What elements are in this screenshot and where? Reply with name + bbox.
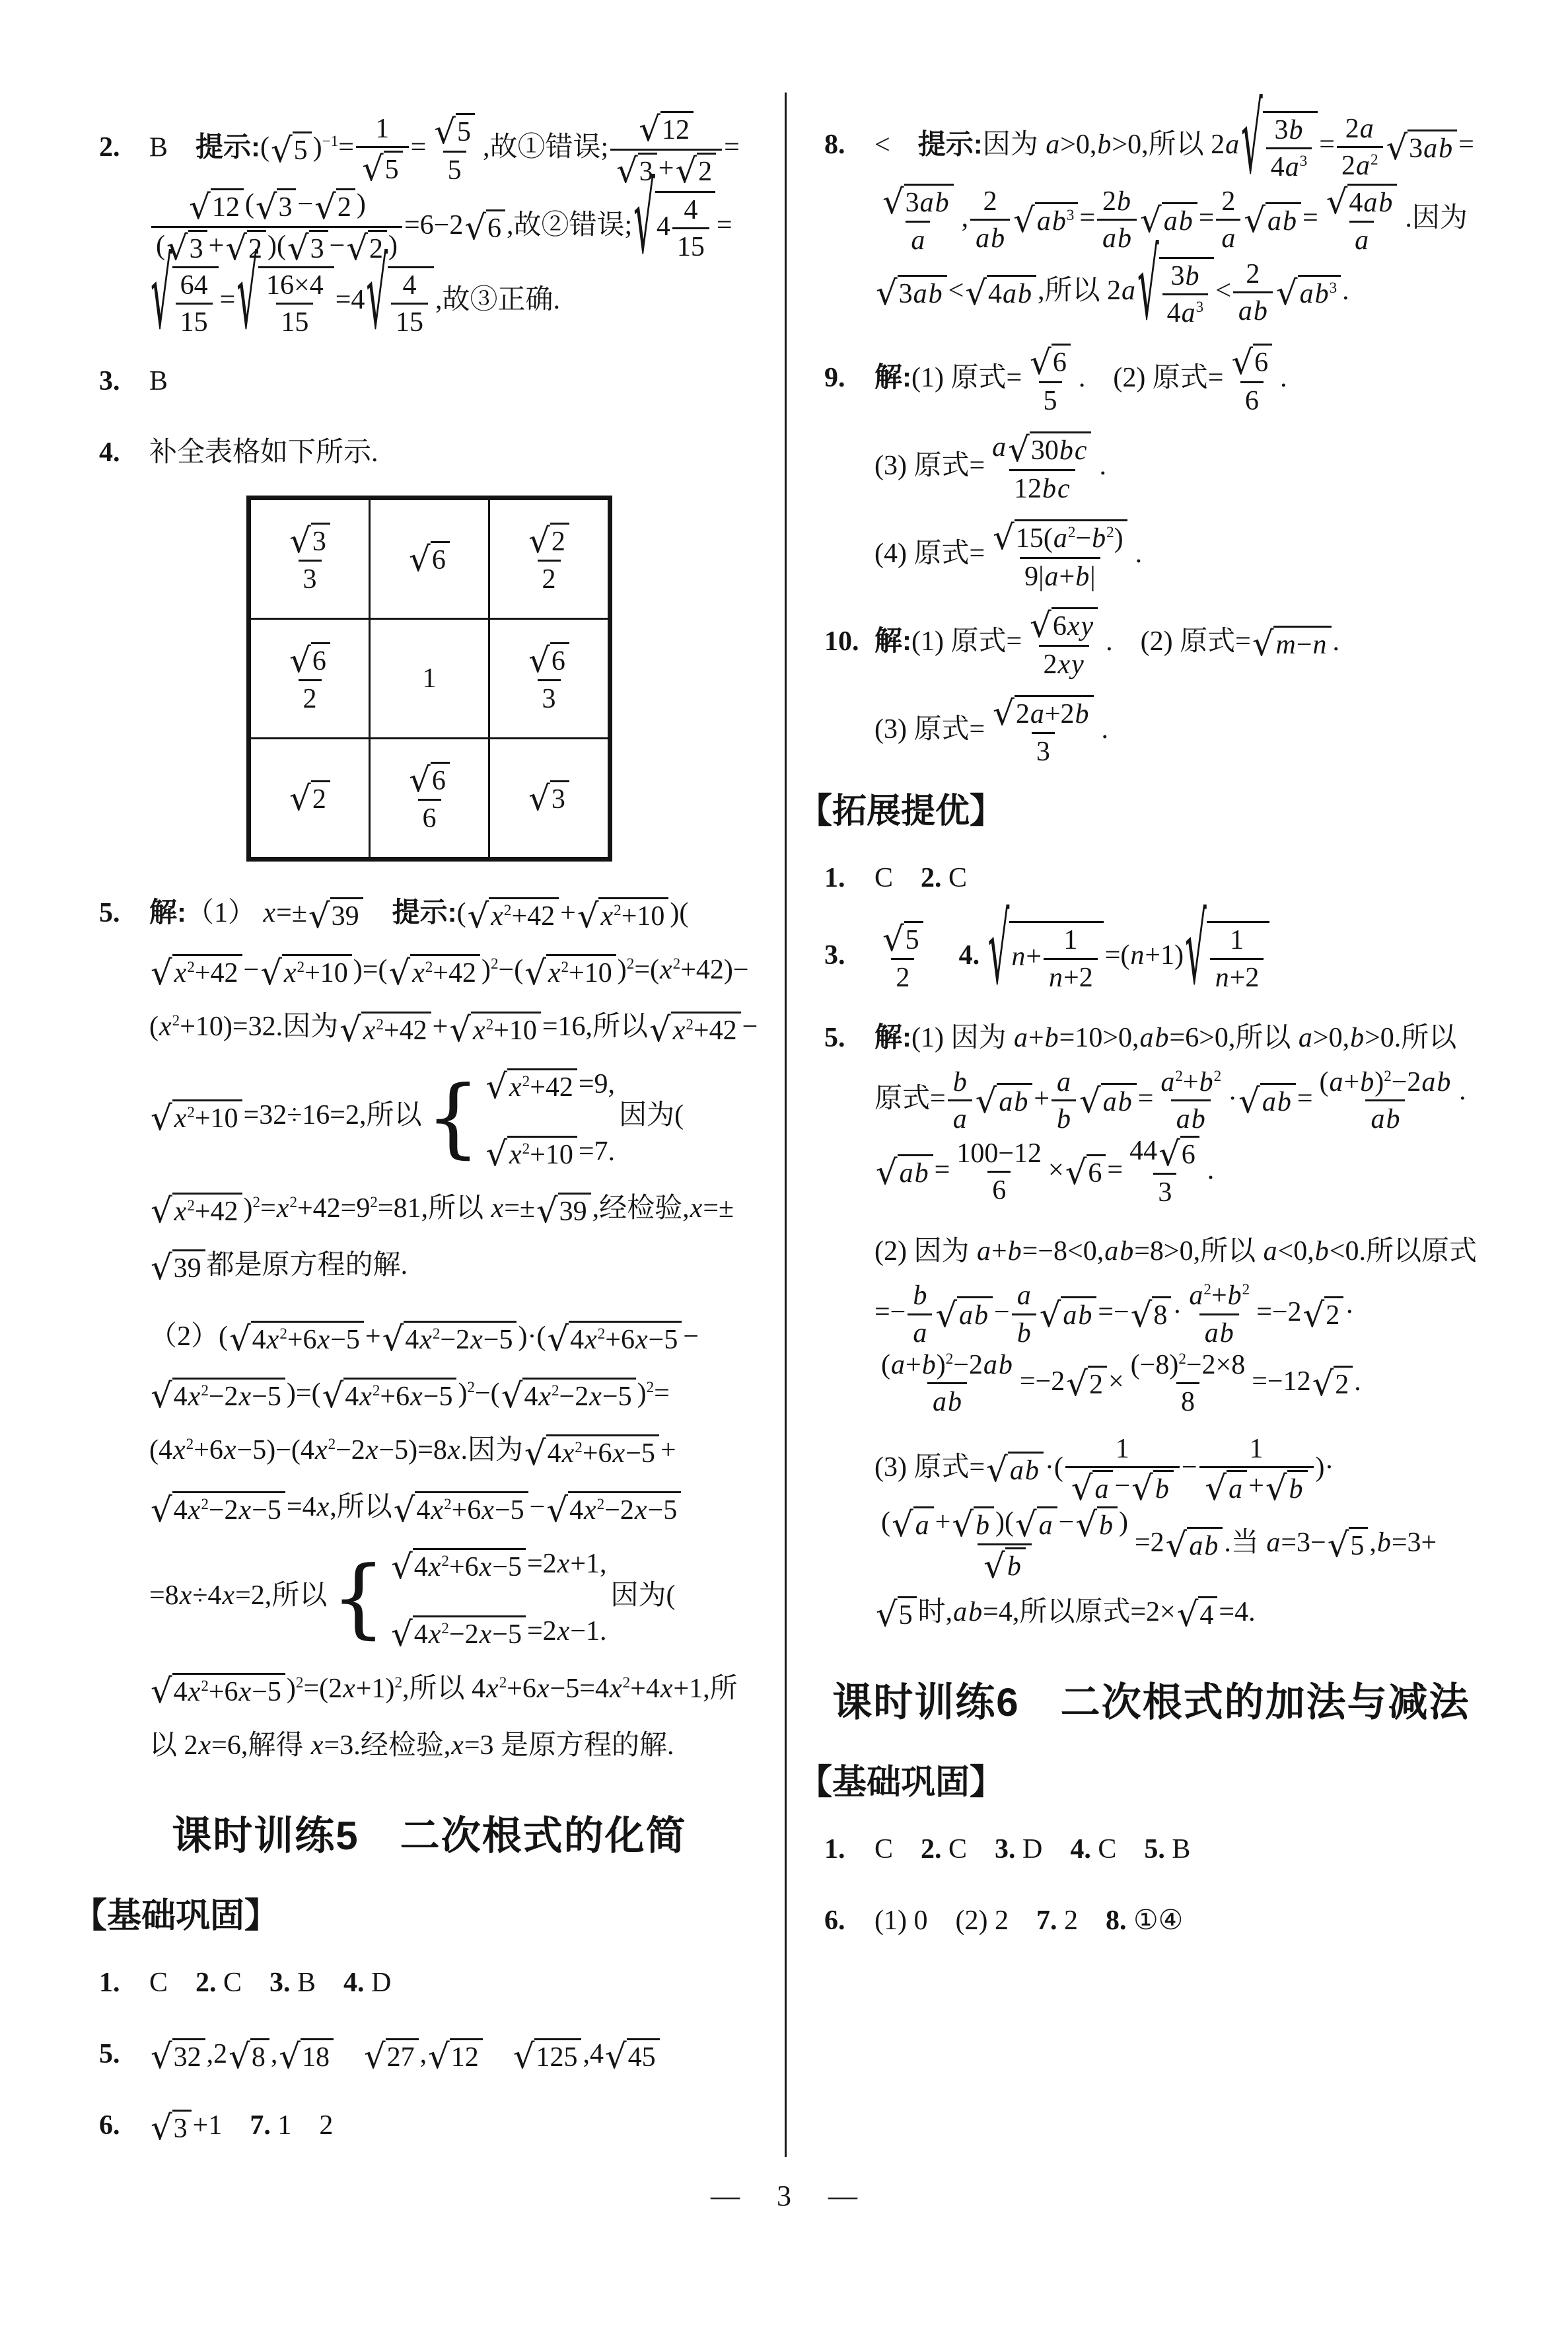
table-cell: √6 (370, 498, 489, 619)
answer-table-wrap: √33√6√22√621√63√2√66√3 (99, 496, 760, 862)
answer-item: 1.C 2. C (824, 850, 1478, 906)
question-number: 3. (269, 1968, 291, 1998)
answer-item: 1.C 2. C 3. D 4. C 5. B (824, 1821, 1478, 1878)
math-expression: √52 (874, 940, 959, 971)
keyword-label: 提示: (196, 131, 260, 162)
answer-continuation: (3) 原式=a√30bc12bc. (824, 431, 1478, 505)
math-expression: √32,2√8,√18 √27,√12 √125,4√45 (149, 2039, 661, 2069)
keyword-label: 解: (874, 361, 911, 392)
math-expression: （2）(√4x2+6x−5+√4x2−2x−5)·(√4x2+6x−5−√4x2… (149, 1321, 738, 1761)
footer-dash-right: — (828, 2179, 857, 2213)
keyword-label: 提示: (392, 897, 457, 928)
keyword-label: 解: (874, 1021, 911, 1052)
question-number: 2. (99, 119, 149, 176)
question-number: 1. (824, 850, 874, 906)
math-expression: √n+1n+2=(n+1)√1n+2 (980, 940, 1271, 971)
answer-continuation: (3) 原式=√ab·(1√a−√b−1√a+√b)·(√a+√b)(√a−√b… (824, 1433, 1478, 1641)
question-number: 2. (196, 1968, 217, 1998)
math-expression: (4) 原式=√15(a2−b2)9|a+b|. (874, 538, 1142, 569)
answer-item: 5.解:（1） x=±√39 提示:(√x2+42+√x2+10)(√x2+42… (99, 884, 760, 1294)
table-cell: √62 (249, 619, 370, 739)
workbook-answer-page: 2.B 提示:(√5)−1=1√5=√55,故①错误;√12√3+√2=√12(… (0, 0, 1568, 2325)
keyword-label: 解: (874, 625, 911, 656)
answer-table: √33√6√22√621√63√2√66√3 (246, 496, 612, 862)
right-column: 8.< 提示:因为 a>0,b>0,所以 2a√3b4a3=2a2a2√3ab=… (824, 111, 1478, 1964)
question-number: 7. (1036, 1905, 1057, 1936)
section-header: 【基础巩固】 (798, 1754, 1478, 1804)
answer-text: D (365, 1968, 392, 1998)
table-row: √2√66√3 (249, 739, 610, 860)
math-expression: (1) 因为 a+b=10>0,ab=6>0,所以 a>0,b>0.所以原式=b… (874, 1023, 1467, 1185)
answer-text: (1) 0 (2) 2 (874, 1905, 1036, 1936)
answer-text: 2 (1057, 1905, 1106, 1936)
answer-item: 9.解:(1) 原式=√65. (2) 原式=√66. (824, 344, 1478, 417)
answer-item: 6.√3+1 7. 1 2 (99, 2097, 760, 2154)
answer-text: B (149, 132, 196, 163)
question-number: 10. (824, 613, 874, 670)
answer-text: C (942, 863, 968, 893)
question-number: 5. (824, 1010, 874, 1066)
question-number: 3. (995, 1834, 1016, 1864)
math-expression: （1） x=±√39 (186, 898, 392, 928)
question-number: 4. (99, 424, 149, 481)
answer-text: ①④ (1126, 1905, 1183, 1936)
math-expression: (3) 原式=a√30bc12bc. (874, 451, 1106, 481)
section-header: 【基础巩固】 (73, 1888, 760, 1937)
lesson-heading: 课时训练5 二次根式的化简 (99, 1804, 760, 1861)
table-row: √621√63 (249, 619, 610, 739)
answer-text: C (874, 1834, 921, 1864)
math-expression: (3) 原式=√ab·(1√a−√b−1√a+√b)·(√a+√b)(√a−√b… (874, 1452, 1437, 1627)
question-number: 1. (824, 1821, 874, 1878)
question-number: 4. (959, 940, 980, 971)
answer-item: 6.(1) 0 (2) 2 7. 2 8. ①④ (824, 1892, 1478, 1949)
table-cell: √33 (249, 498, 370, 619)
answer-text: B (1165, 1834, 1191, 1864)
answer-item: 5.解:(1) 因为 a+b=10>0,ab=6>0,所以 a>0,b>0.所以… (824, 1009, 1478, 1209)
question-number: 3. (824, 927, 874, 984)
question-number: 5. (99, 885, 149, 941)
answer-item: 10.解:(1) 原式=√6xy2xy. (2) 原式=√m−n. (824, 607, 1478, 681)
answer-item: 5.√32,2√8,√18 √27,√12 √125,4√45 (99, 2026, 760, 2083)
column-divider (785, 92, 787, 2157)
table-cell: √66 (370, 739, 489, 860)
answer-continuation: （2）(√4x2+6x−5+√4x2−2x−5)·(√4x2+6x−5−√4x2… (99, 1308, 760, 1774)
answer-text: 1 2 (271, 2110, 334, 2141)
answer-text: < (874, 129, 918, 160)
question-number: 2. (921, 1834, 942, 1864)
keyword-label: 提示: (918, 128, 983, 159)
answer-item: 3.√52 4. √n+1n+2=(n+1)√1n+2 (824, 921, 1478, 994)
question-number: 5. (99, 2026, 149, 2083)
answer-item: 3.B (99, 353, 760, 410)
question-number: 6. (824, 1892, 874, 1949)
question-number: 5. (1144, 1834, 1165, 1864)
question-number: 2. (921, 863, 942, 893)
page-footer: — 3 — (0, 2179, 1568, 2213)
section-header: 【拓展提优】 (798, 783, 1478, 832)
answer-item: 4.补全表格如下所示. (99, 424, 760, 481)
math-expression: (2) 因为 a+b=−8<0,ab=8>0,所以 a<0,b<0.所以原式=−… (874, 1236, 1477, 1397)
answer-continuation: (4) 原式=√15(a2−b2)9|a+b|. (824, 519, 1478, 593)
answer-text: 补全表格如下所示. (149, 437, 378, 468)
answer-text: C (217, 1968, 270, 1998)
answer-text: C (942, 1834, 995, 1864)
answer-text: C (149, 1968, 196, 1998)
math-expression: (1) 原式=√6xy2xy. (2) 原式=√m−n. (911, 626, 1339, 657)
question-number: 6. (99, 2097, 149, 2154)
answer-text: C (874, 863, 921, 893)
left-column: 2.B 提示:(√5)−1=1√5=√55,故①错误;√12√3+√2=√12(… (99, 111, 760, 2168)
question-number: 9. (824, 350, 874, 406)
math-expression: √3+1 (149, 2110, 250, 2141)
answer-continuation: (3) 原式=√2a+2b3. (824, 695, 1478, 768)
question-number: 8. (1106, 1905, 1127, 1936)
math-expression: (√x2+42+√x2+10)(√x2+42−√x2+10)=(√x2+42)2… (149, 898, 758, 1280)
table-cell: √3 (489, 739, 610, 860)
answer-text: B (149, 366, 168, 396)
answer-continuation: (2) 因为 a+b=−8<0,ab=8>0,所以 a<0,b<0.所以原式=−… (824, 1223, 1478, 1418)
answer-item: 8.< 提示:因为 a>0,b>0,所以 2a√3b4a3=2a2a2√3ab=… (824, 111, 1478, 329)
keyword-label: 解: (149, 897, 186, 928)
lesson-heading: 课时训练6 二次根式的加法与减法 (824, 1671, 1478, 1728)
table-cell: √2 (249, 739, 370, 860)
answer-item: 2.B 提示:(√5)−1=1√5=√55,故①错误;√12√3+√2=√12(… (99, 111, 760, 338)
table-cell: 1 (370, 619, 489, 739)
table-cell: √22 (489, 498, 610, 619)
math-expression: (1) 原式=√65. (2) 原式=√66. (911, 363, 1287, 393)
question-number: 7. (250, 2110, 271, 2141)
question-number: 4. (1070, 1834, 1091, 1864)
table-cell: √63 (489, 619, 610, 739)
question-number: 3. (99, 353, 149, 410)
math-expression: (3) 原式=√2a+2b3. (874, 714, 1108, 745)
answer-text: C (1091, 1834, 1145, 1864)
answer-text: D (1016, 1834, 1071, 1864)
question-number: 1. (99, 1954, 149, 2011)
answer-text: B (291, 1968, 344, 1998)
page-number: 3 (777, 2179, 791, 2213)
answer-item: 1.C 2. C 3. B 4. D (99, 1954, 760, 2011)
question-number: 8. (824, 116, 874, 173)
question-number: 4. (343, 1968, 365, 1998)
table-row: √33√6√22 (249, 498, 610, 619)
footer-dash-left: — (711, 2179, 740, 2213)
